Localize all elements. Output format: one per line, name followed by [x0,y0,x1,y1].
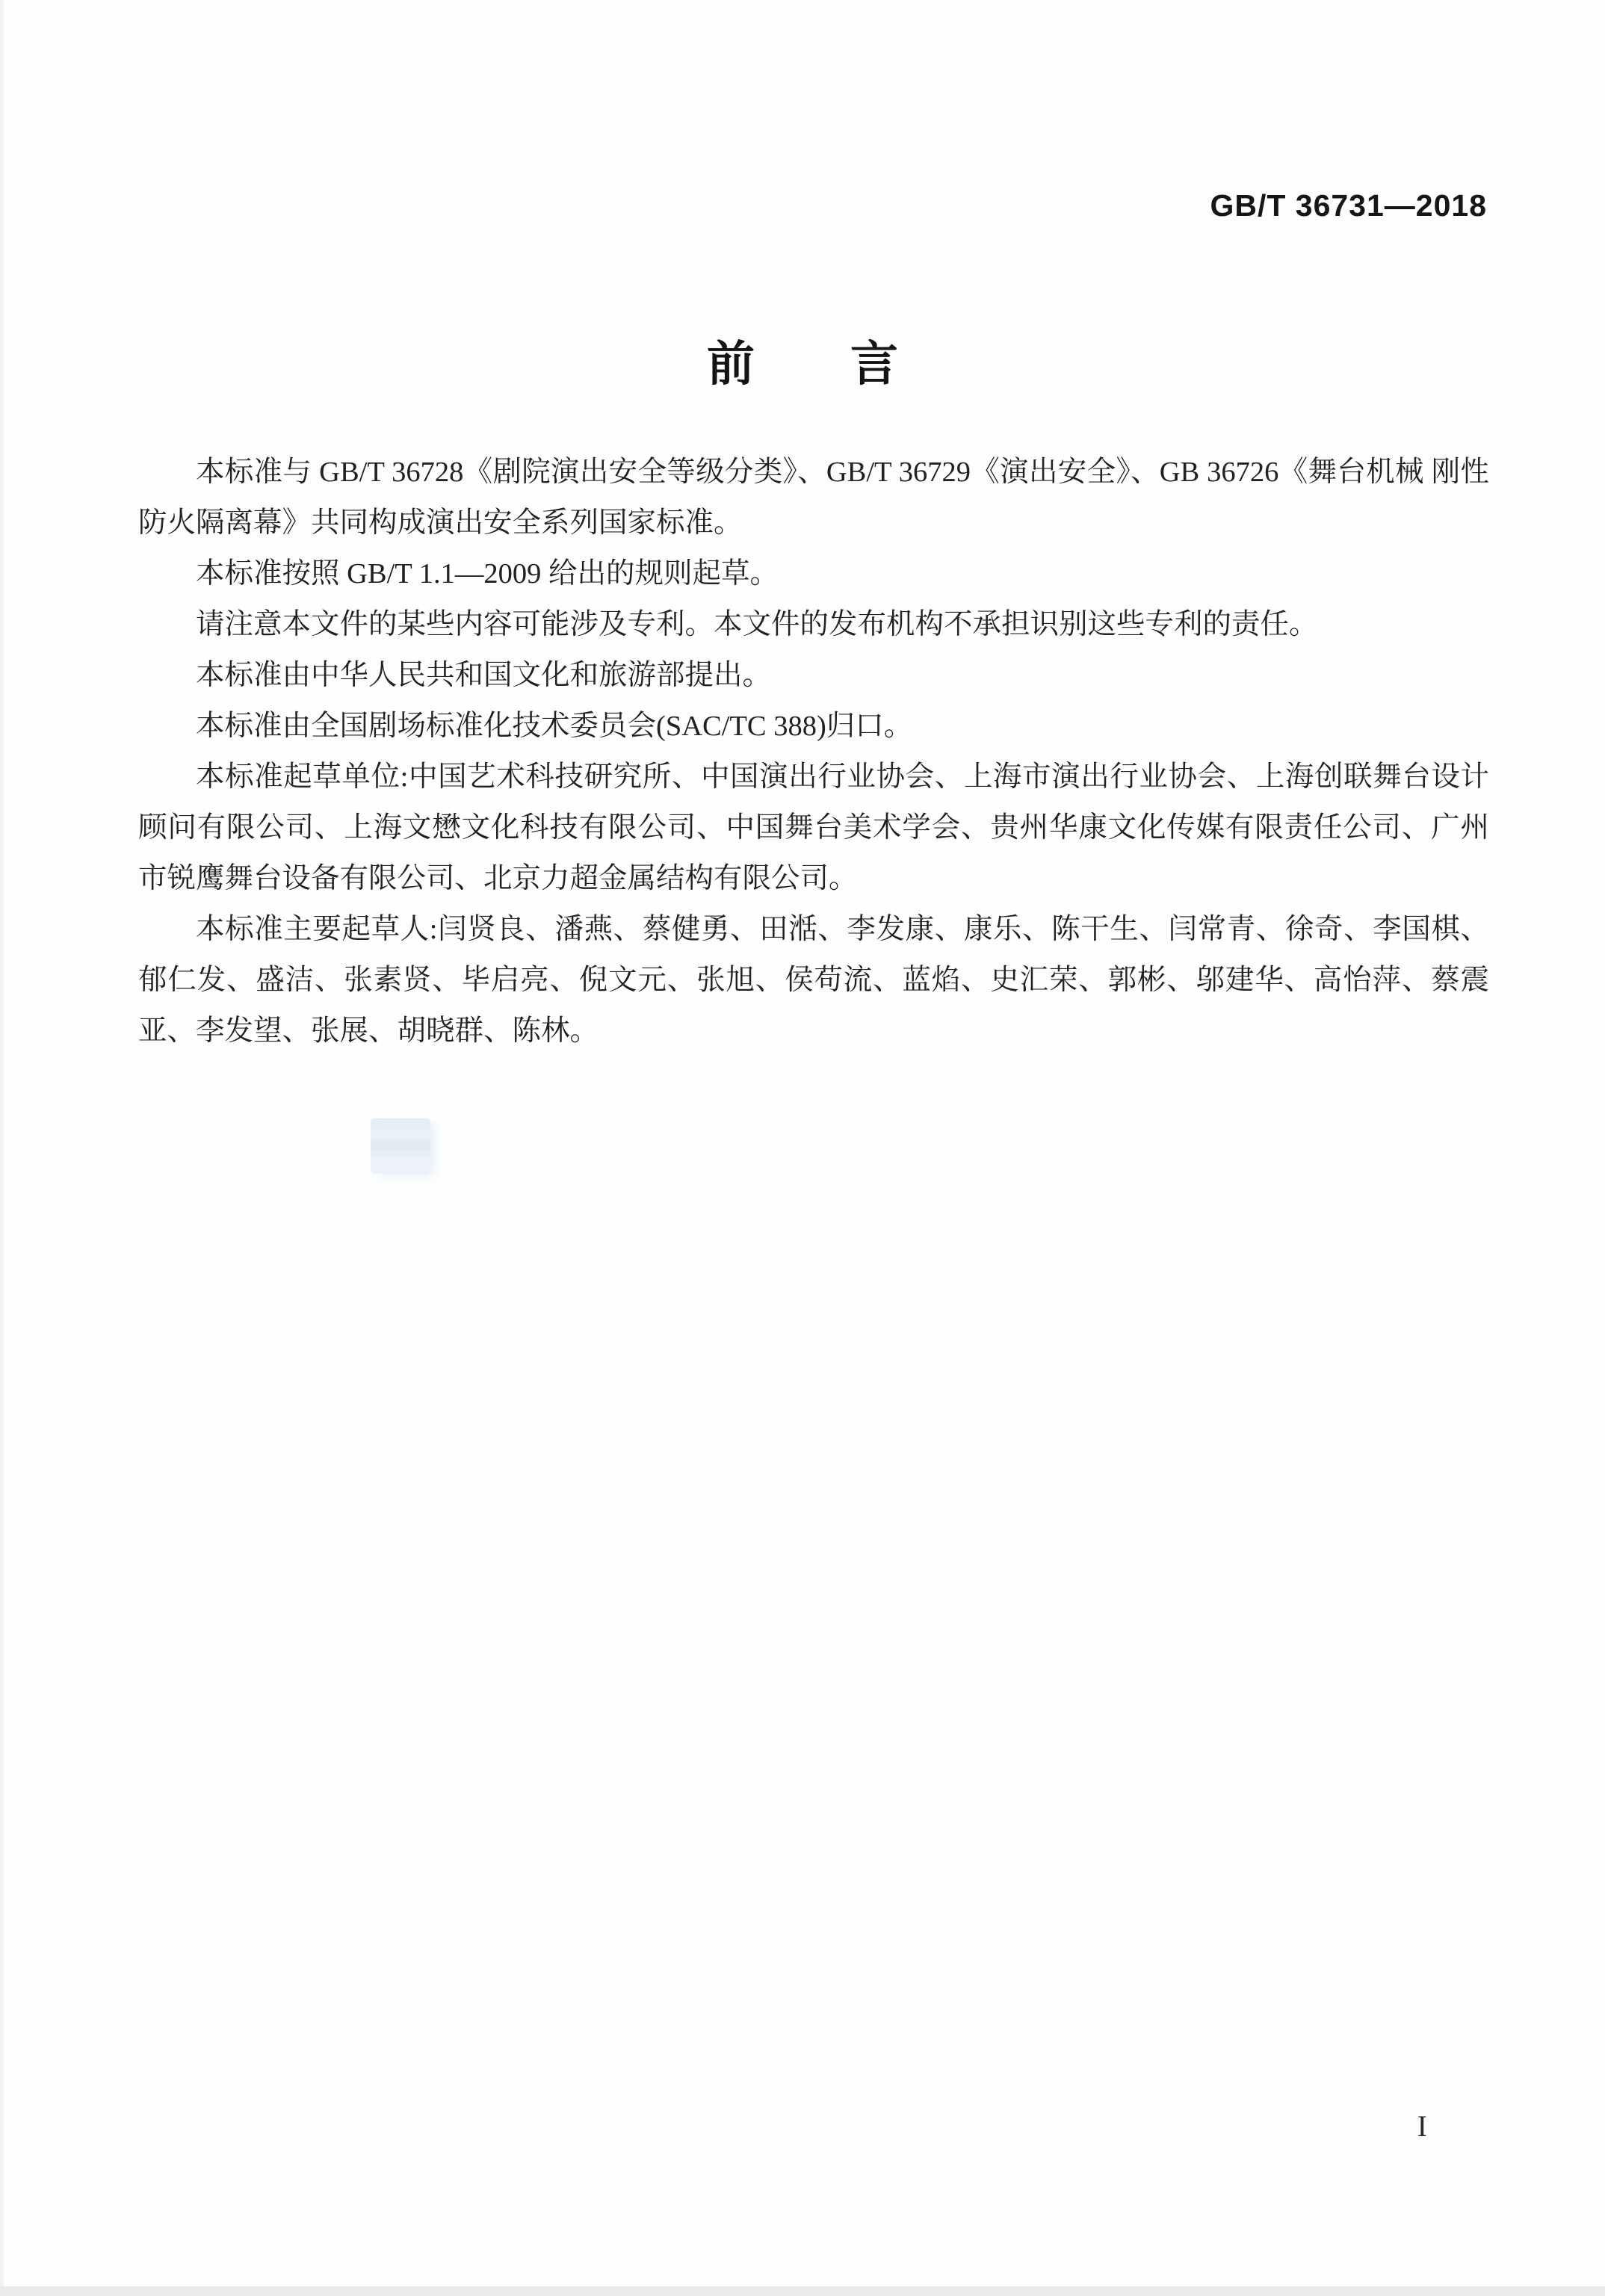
paragraph-patent-notice: 请注意本文件的某些内容可能涉及专利。本文件的发布机构不承担识别这些专利的责任。 [138,599,1489,650]
document-page: GB/T 36731—2018 前 言 本标准与 GB/T 36728《剧院演出… [0,0,1605,2296]
paragraph-main-drafters: 本标准主要起草人:闫贤良、潘燕、蔡健勇、田湉、李发康、康乐、陈干生、闫常青、徐奇… [138,904,1489,1056]
paragraph-proposed-by: 本标准由中华人民共和国文化和旅游部提出。 [138,650,1489,701]
blue-scan-artifact [371,1118,430,1174]
paragraph-drafting-organizations: 本标准起草单位:中国艺术科技研究所、中国演出行业协会、上海市演出行业协会、上海创… [138,752,1489,904]
paragraph-centralized-by: 本标准由全国剧场标准化技术委员会(SAC/TC 388)归口。 [138,701,1489,752]
paragraph-drafting-rules: 本标准按照 GB/T 1.1—2009 给出的规则起草。 [138,548,1489,599]
foreword-body: 本标准与 GB/T 36728《剧院演出安全等级分类》、GB/T 36729《演… [138,447,1489,1056]
page-number: I [1417,2108,1427,2144]
page-title: 前 言 [0,326,1605,394]
scan-edge-bottom [0,2286,1605,2296]
paragraph-series-relation: 本标准与 GB/T 36728《剧院演出安全等级分类》、GB/T 36729《演… [138,447,1489,548]
standard-number-header: GB/T 36731—2018 [1210,188,1487,223]
